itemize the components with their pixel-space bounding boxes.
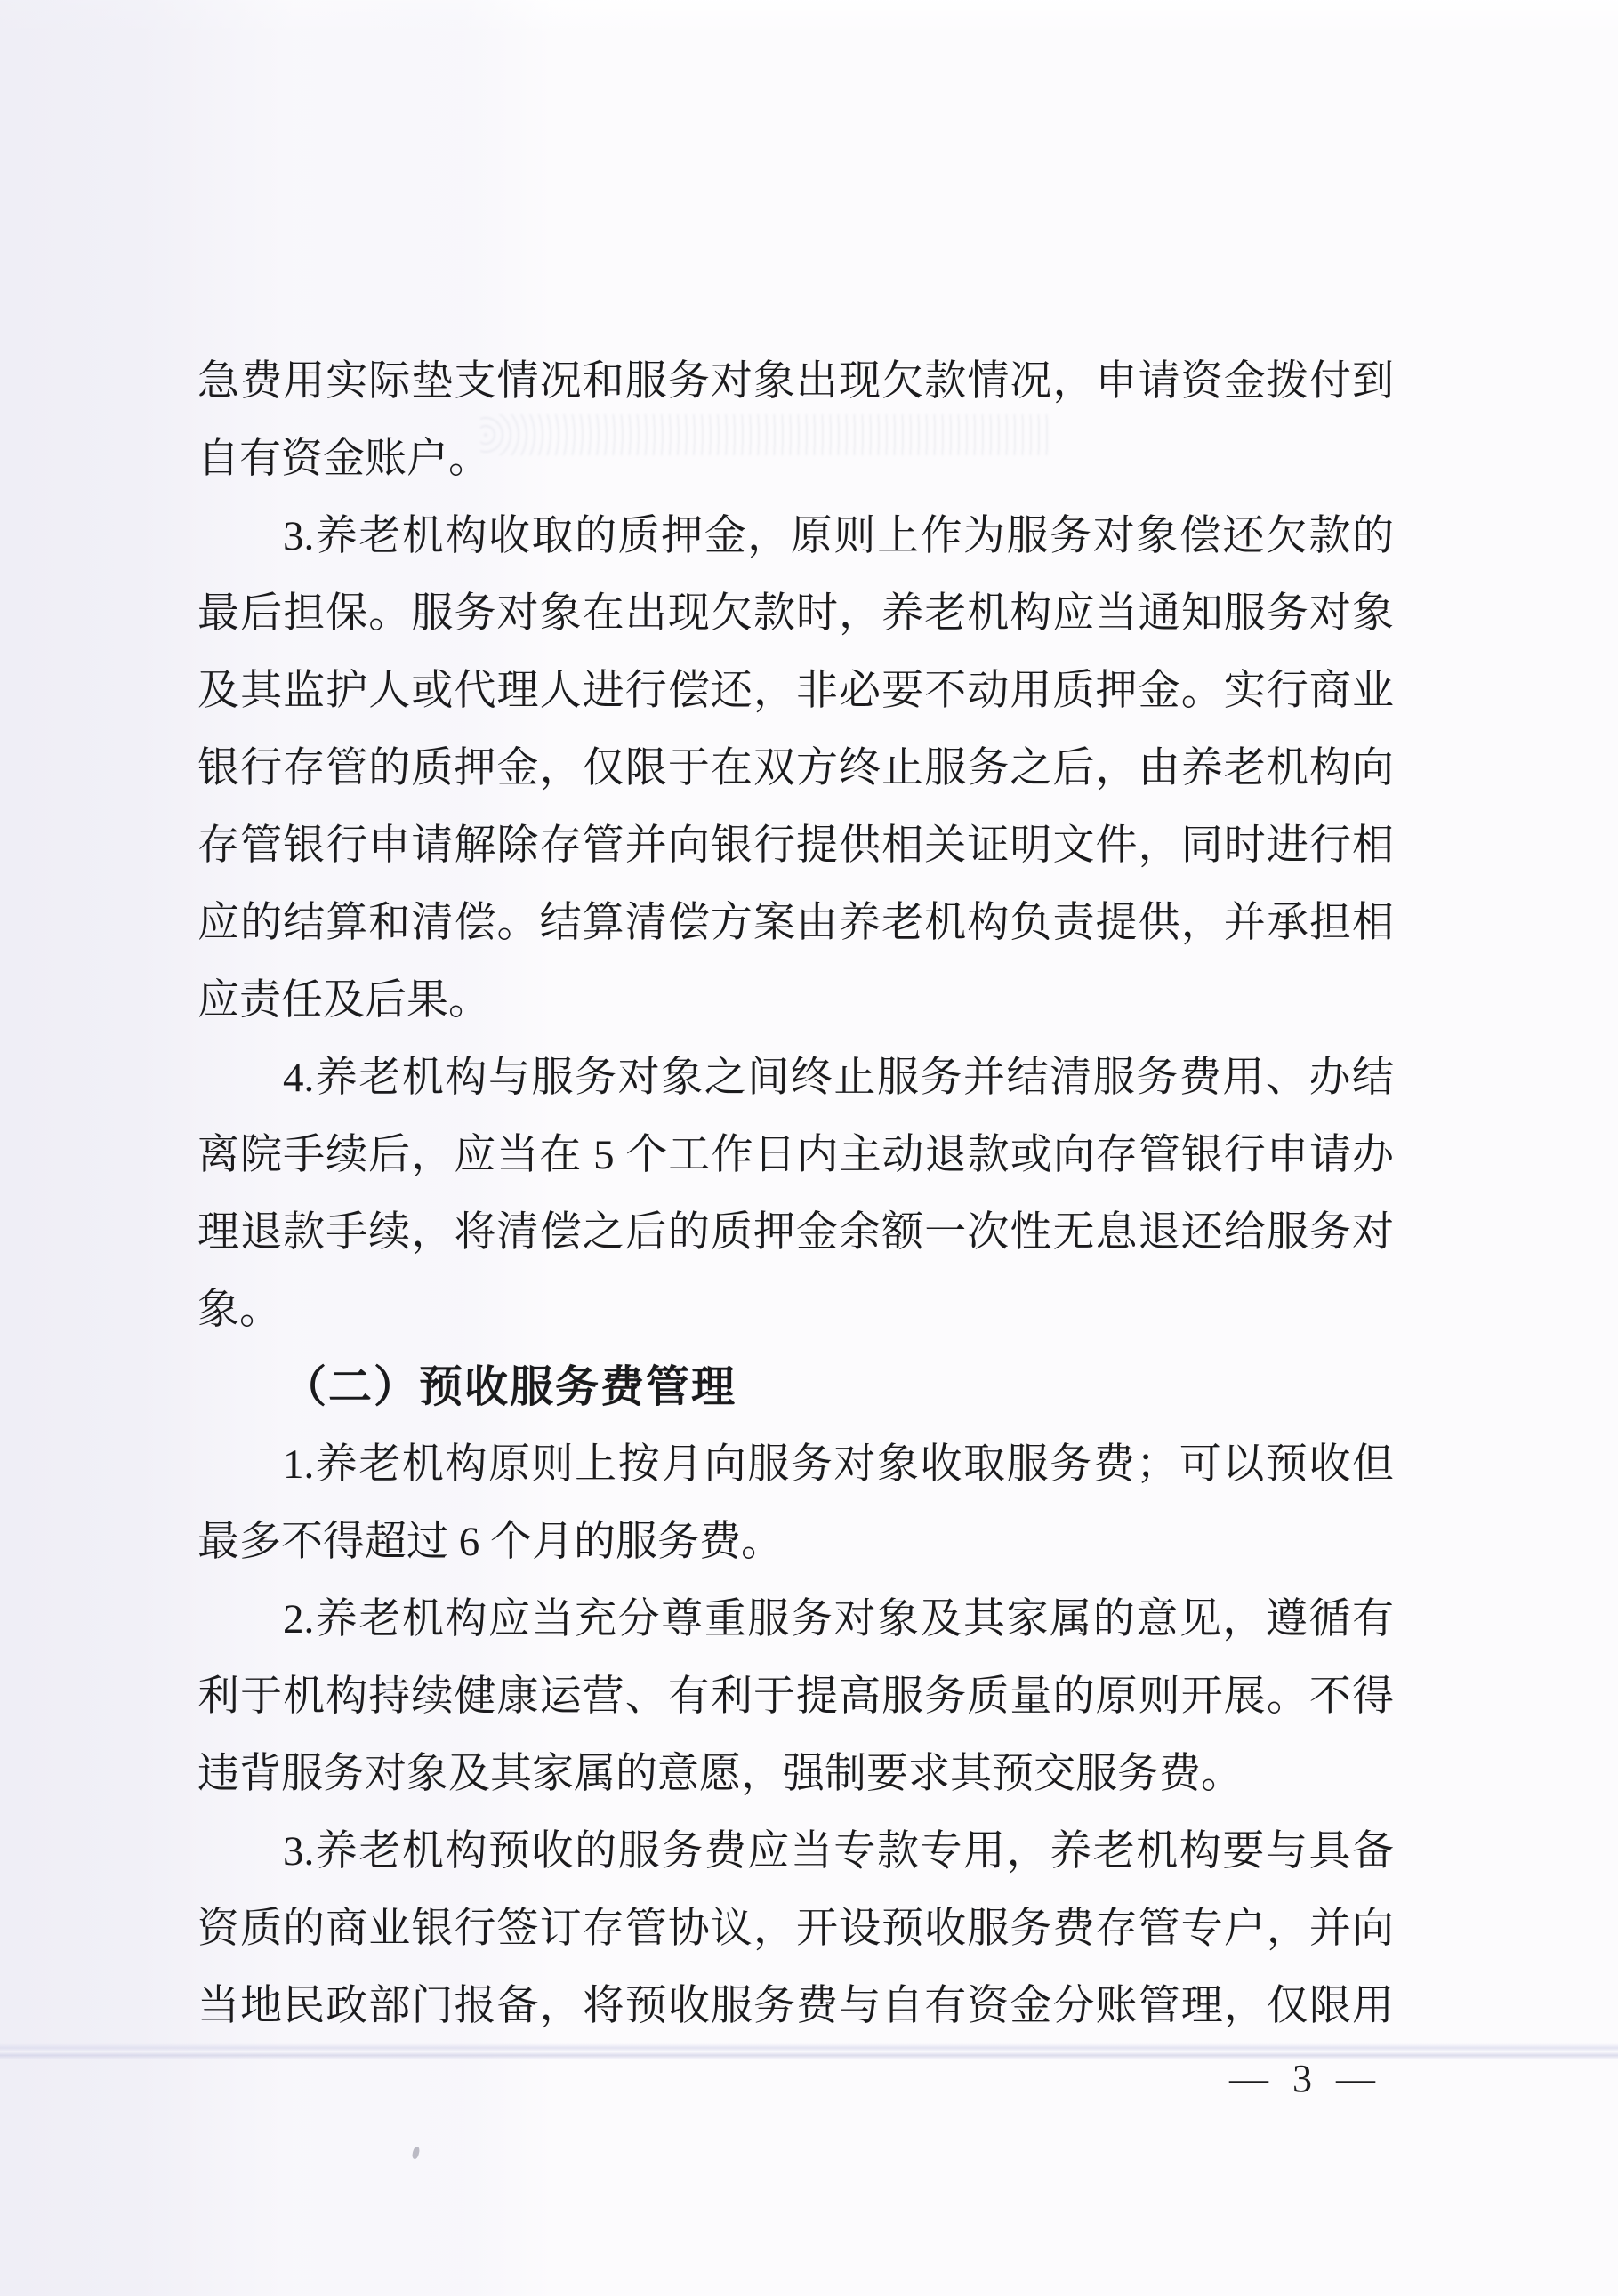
- text-line: 离院手续后，应当在 5 个工作日内主动退款或向存管银行申请办: [197, 1117, 1394, 1194]
- text-line: 存管银行申请解除存管并向银行提供相关证明文件，同时进行相: [197, 807, 1394, 885]
- text-line: 急费用实际垫支情况和服务对象出现欠款情况，申请资金拨付到: [197, 343, 1394, 421]
- text-line: 象。: [197, 1272, 1394, 1349]
- text-line: 当地民政部门报备，将预收服务费与自有资金分账管理，仅限用: [197, 1968, 1394, 2045]
- section-heading: （二）预收服务费管理: [197, 1349, 1394, 1426]
- text-line: 应责任及后果。: [197, 962, 1394, 1040]
- text-line: 自有资金账户。: [197, 421, 1394, 498]
- text-line: 最多不得超过 6 个月的服务费。: [197, 1504, 1394, 1581]
- scan-speck-artifact: [411, 2146, 420, 2159]
- page-number: — 3 —: [1229, 2052, 1382, 2106]
- text-line: 4.养老机构与服务对象之间终止服务并结清服务费用、办结: [197, 1040, 1394, 1117]
- text-line: 1.养老机构原则上按月向服务对象收取服务费；可以预收但: [197, 1426, 1394, 1504]
- text-line: 理退款手续，将清偿之后的质押金余额一次性无息退还给服务对: [197, 1194, 1394, 1272]
- text-line: 利于机构持续健康运营、有利于提高服务质量的原则开展。不得: [197, 1658, 1394, 1736]
- document-body: 急费用实际垫支情况和服务对象出现欠款情况，申请资金拨付到 自有资金账户。 3.养…: [197, 343, 1394, 2045]
- text-line: 及其监护人或代理人进行偿还，非必要不动用质押金。实行商业: [197, 653, 1394, 730]
- document-page: 急费用实际垫支情况和服务对象出现欠款情况，申请资金拨付到 自有资金账户。 3.养…: [0, 0, 1618, 2296]
- text-line: 应的结算和清偿。结算清偿方案由养老机构负责提供，并承担相: [197, 885, 1394, 962]
- text-line: 银行存管的质押金，仅限于在双方终止服务之后，由养老机构向: [197, 730, 1394, 807]
- text-line: 违背服务对象及其家属的意愿，强制要求其预交服务费。: [197, 1736, 1394, 1813]
- text-line: 3.养老机构预收的服务费应当专款专用，养老机构要与具备: [197, 1813, 1394, 1891]
- text-line: 资质的商业银行签订存管协议，开设预收服务费存管专户，并向: [197, 1891, 1394, 1968]
- text-line: 最后担保。服务对象在出现欠款时，养老机构应当通知服务对象: [197, 575, 1394, 653]
- text-line: 2.养老机构应当充分尊重服务对象及其家属的意见，遵循有: [197, 1581, 1394, 1658]
- text-line: 3.养老机构收取的质押金，原则上作为服务对象偿还欠款的: [197, 498, 1394, 575]
